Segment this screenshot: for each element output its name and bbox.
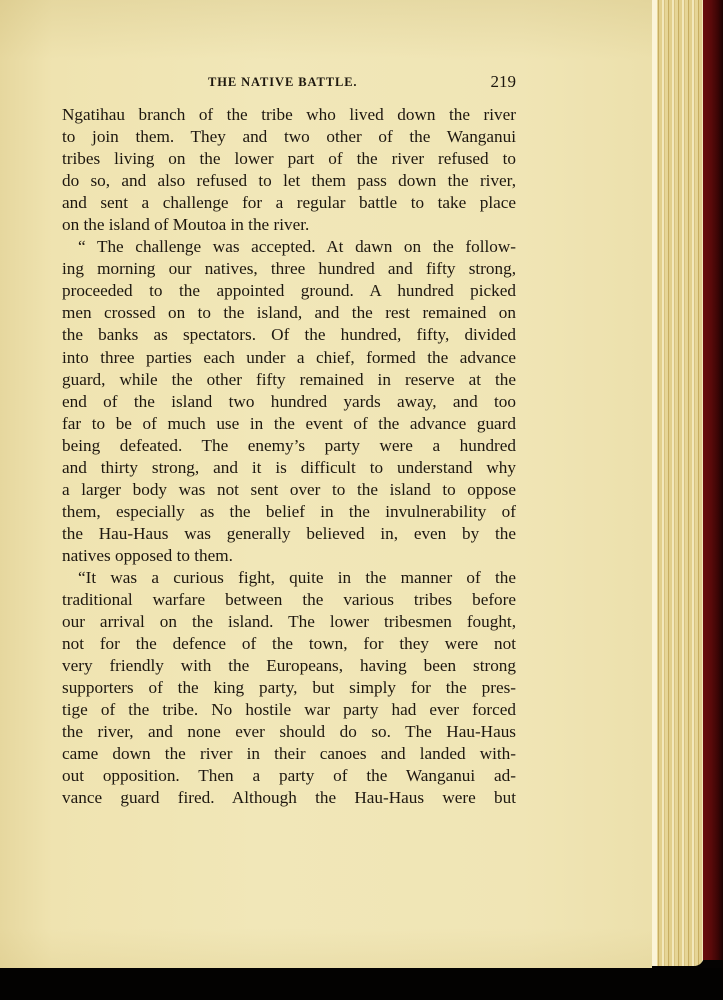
text-line: tribes living on the lower part of the r… xyxy=(62,148,516,170)
text-line: Ngatihau branch of the tribe who lived d… xyxy=(62,104,516,126)
scan-background xyxy=(0,968,723,1000)
running-title: THE NATIVE BATTLE. xyxy=(208,75,357,90)
book-page: THE NATIVE BATTLE. 219 Ngatihau branch o… xyxy=(0,0,652,968)
text-line: “It was a curious fight, quite in the ma… xyxy=(62,567,516,589)
text-line: the river, and none ever should do so. T… xyxy=(62,721,516,743)
text-line: being defeated. The enemy’s party were a… xyxy=(62,435,516,457)
text-line: far to be of much use in the event of th… xyxy=(62,413,516,435)
book-cover-edge xyxy=(703,0,723,960)
text-line: tige of the tribe. No hostile war party … xyxy=(62,699,516,721)
text-line: end of the island two hundred yards away… xyxy=(62,391,516,413)
text-line: our arrival on the island. The lower tri… xyxy=(62,611,516,633)
text-line: vance guard fired. Although the Hau-Haus… xyxy=(62,787,516,809)
text-line: a larger body was not sent over to the i… xyxy=(62,479,516,501)
text-line: the Hau-Haus was generally believed in, … xyxy=(62,523,516,545)
text-line: very friendly with the Europeans, having… xyxy=(62,655,516,677)
text-line: came down the river in their canoes and … xyxy=(62,743,516,765)
page-shading-top xyxy=(0,0,652,60)
text-line: natives opposed to them. xyxy=(62,545,516,567)
running-head: THE NATIVE BATTLE. 219 xyxy=(62,72,516,96)
text-line: and thirty strong, and it is difficult t… xyxy=(62,457,516,479)
text-line: “ The challenge was accepted. At dawn on… xyxy=(62,236,516,258)
text-line: into three parties each under a chief, f… xyxy=(62,347,516,369)
text-line: to join them. They and two other of the … xyxy=(62,126,516,148)
text-line: out opposition. Then a party of the Wang… xyxy=(62,765,516,787)
text-line: the banks as spectators. Of the hundred,… xyxy=(62,324,516,346)
text-line: men crossed on to the island, and the re… xyxy=(62,302,516,324)
text-line: ing morning our natives, three hundred a… xyxy=(62,258,516,280)
page-number: 219 xyxy=(491,72,517,92)
text-line: them, especially as the belief in the in… xyxy=(62,501,516,523)
text-line: and sent a challenge for a regular battl… xyxy=(62,192,516,214)
page-stack-edges xyxy=(652,0,704,966)
text-line: guard, while the other fifty remained in… xyxy=(62,369,516,391)
text-line: proceeded to the appointed ground. A hun… xyxy=(62,280,516,302)
text-line: supporters of the king party, but simply… xyxy=(62,677,516,699)
text-line: traditional warfare between the various … xyxy=(62,589,516,611)
body-text: Ngatihau branch of the tribe who lived d… xyxy=(62,104,516,810)
text-line: do so, and also refused to let them pass… xyxy=(62,170,516,192)
book-page-scan: THE NATIVE BATTLE. 219 Ngatihau branch o… xyxy=(0,0,723,1000)
text-line: on the island of Moutoa in the river. xyxy=(62,214,516,236)
text-line: not for the defence of the town, for the… xyxy=(62,633,516,655)
page-shading-bottom xyxy=(0,928,652,968)
